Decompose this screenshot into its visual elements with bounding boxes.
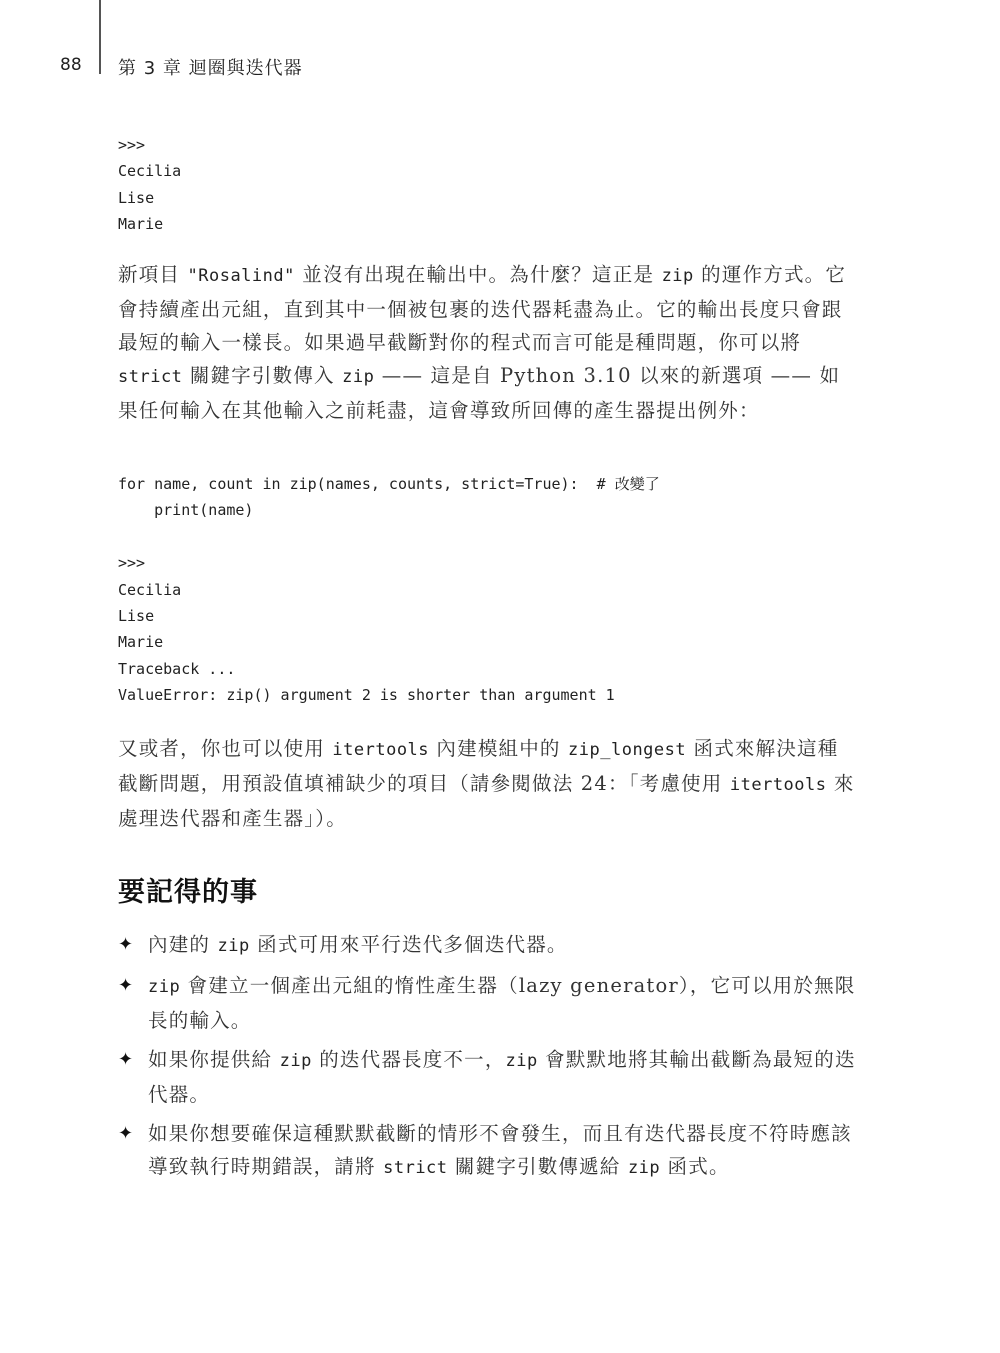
- inline-code: zip: [218, 936, 250, 956]
- inline-code: "Rosalind": [188, 266, 295, 286]
- page-number: 88: [60, 55, 82, 75]
- text-run: 新項目: [118, 263, 188, 286]
- inline-code: zip: [628, 1158, 660, 1178]
- text-run: 內建模組中的: [429, 737, 568, 760]
- text-run: 如果你提供給: [148, 1048, 280, 1071]
- four-point-star-bullet-icon: ✦: [118, 1043, 134, 1076]
- inline-code: zip: [342, 367, 374, 387]
- four-point-star-bullet-icon: ✦: [118, 928, 134, 961]
- code-line: [118, 524, 660, 550]
- list-item: ✦zip 會建立一個產出元組的惰性產生器（lazy generator），它可以…: [118, 969, 858, 1037]
- code-line: Lise: [118, 603, 660, 629]
- inline-code: itertools: [730, 775, 827, 795]
- code-line: Cecilia: [118, 577, 660, 603]
- section-heading: 要記得的事: [118, 870, 258, 909]
- inline-code: zip: [148, 977, 180, 997]
- inline-code: zip: [506, 1051, 538, 1071]
- text-run: 並沒有出現在輸出中。為什麼？這正是: [295, 263, 662, 286]
- text-run: 的迭代器長度不一，: [312, 1048, 506, 1071]
- inline-code: strict: [383, 1158, 447, 1178]
- code-line: >>>: [118, 550, 660, 576]
- inline-code: zip: [662, 266, 694, 286]
- text-run: 內建的: [148, 933, 218, 956]
- inline-code: zip: [280, 1051, 312, 1071]
- code-block-2: for name, count in zip(names, counts, st…: [118, 471, 660, 709]
- code-line: Marie: [118, 629, 660, 655]
- text-run: 關鍵字引數傳遞給: [448, 1155, 628, 1178]
- text-run: 又或者，你也可以使用: [118, 737, 332, 760]
- inline-code: strict: [118, 367, 182, 387]
- four-point-star-bullet-icon: ✦: [118, 969, 134, 1002]
- inline-code: itertools: [332, 740, 429, 760]
- code-line: for name, count in zip(names, counts, st…: [118, 471, 660, 497]
- text-run: 函式。: [660, 1155, 730, 1178]
- four-point-star-bullet-icon: ✦: [118, 1117, 134, 1150]
- code-line: print(name): [118, 497, 660, 523]
- takeaways-list: ✦內建的 zip 函式可用來平行迭代多個迭代器。 ✦zip 會建立一個產出元組的…: [118, 928, 858, 1191]
- list-item: ✦內建的 zip 函式可用來平行迭代多個迭代器。: [118, 928, 858, 963]
- text-run: 函式可用來平行迭代多個迭代器。: [250, 933, 568, 956]
- header-divider: [99, 0, 101, 74]
- code-output-1: >>>CeciliaLiseMarie: [118, 132, 181, 238]
- paragraph-2: 又或者，你也可以使用 itertools 內建模組中的 zip_longest …: [118, 732, 858, 835]
- list-item: ✦如果你想要確保這種默默截斷的情形不會發生，而且有迭代器長度不符時應該導致執行時…: [118, 1117, 858, 1185]
- list-item: ✦如果你提供給 zip 的迭代器長度不一，zip 會默默地將其輸出截斷為最短的迭…: [118, 1043, 858, 1111]
- text-run: 會建立一個產出元組的惰性產生器（lazy generator），它可以用於無限長…: [148, 974, 856, 1032]
- inline-code: zip_longest: [568, 740, 686, 760]
- text-run: 關鍵字引數傳入: [182, 364, 342, 387]
- code-line: ValueError: zip() argument 2 is shorter …: [118, 682, 660, 708]
- chapter-title: 第 3 章 迴圈與迭代器: [118, 54, 303, 80]
- code-line: Cecilia: [118, 158, 181, 184]
- paragraph-1: 新項目 "Rosalind" 並沒有出現在輸出中。為什麼？這正是 zip 的運作…: [118, 258, 858, 427]
- code-line: >>>: [118, 132, 181, 158]
- code-line: Traceback ...: [118, 656, 660, 682]
- code-line: Marie: [118, 211, 181, 237]
- code-line: Lise: [118, 185, 181, 211]
